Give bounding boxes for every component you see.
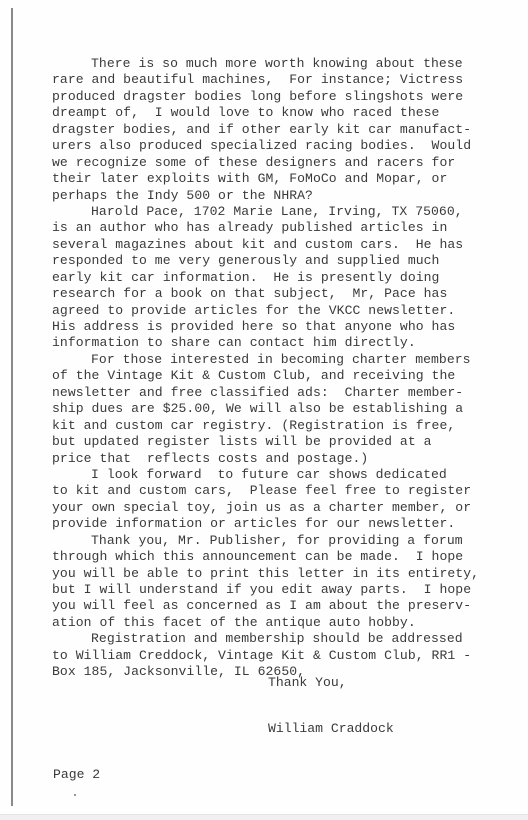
text-line: There is so much more worth knowing abou… [52,56,522,72]
paragraph: For those interested in becoming charter… [52,352,522,467]
text-line: rare and beautiful machines, For instanc… [52,72,522,88]
document-page: There is so much more worth knowing abou… [0,0,528,820]
text-line: Registration and membership should be ad… [52,631,522,647]
text-line: ship dues are $25.00, We will also be es… [52,401,522,417]
page-bottom-edge [0,814,528,820]
text-line: price that reflects costs and postage.) [52,451,522,467]
text-line: to William Creddock, Vintage Kit & Custo… [52,648,522,664]
text-line: we recognize some of these designers and… [52,155,522,171]
text-line: research for a book on that subject, Mr,… [52,286,522,302]
text-line: is an author who has already published a… [52,220,522,236]
text-line: agreed to provide articles for the VKCC … [52,303,522,319]
text-line: your own special toy, join us as a chart… [52,500,522,516]
text-line: responded to me very generously and supp… [52,253,522,269]
text-line: ation of this facet of the antique auto … [52,615,522,631]
text-line: of the Vintage Kit & Custom Club, and re… [52,368,522,384]
text-line: newsletter and free classified ads: Char… [52,385,522,401]
letter-body: There is so much more worth knowing abou… [52,56,522,681]
paragraph: Harold Pace, 1702 Marie Lane, Irving, TX… [52,204,522,352]
text-line: provide information or articles for our … [52,516,522,532]
text-line: dreampt of, I would love to know who rac… [52,105,522,121]
letter-closing: Thank You, [268,675,347,691]
text-line: Thank you, Mr. Publisher, for providing … [52,533,522,549]
text-line: but I will understand if you edit away p… [52,582,522,598]
paper-speck [74,794,76,796]
text-line: produced dragster bodies long before sli… [52,89,522,105]
text-line: kit and custom car registry. (Registrati… [52,418,522,434]
text-line: For those interested in becoming charter… [52,352,522,368]
page-number: Page 2 [53,767,100,783]
text-line: information to share can contact him dir… [52,335,522,351]
paragraph: Registration and membership should be ad… [52,631,522,680]
text-line: but updated register lists will be provi… [52,434,522,450]
text-line: His address is provided here so that any… [52,319,522,335]
text-line: I look forward to future car shows dedic… [52,467,522,483]
text-line: their later exploits with GM, FoMoCo and… [52,171,522,187]
paragraph: I look forward to future car shows dedic… [52,467,522,533]
text-line: several magazines about kit and custom c… [52,237,522,253]
paragraph: Thank you, Mr. Publisher, for providing … [52,533,522,632]
text-line: early kit car information. He is present… [52,270,522,286]
paragraph: There is so much more worth knowing abou… [52,56,522,204]
text-line: to kit and custom cars, Please feel free… [52,483,522,499]
text-line: dragster bodies, and if other early kit … [52,122,522,138]
text-line: urers also produced specialized racing b… [52,138,522,154]
text-line: you will feel as concerned as I am about… [52,598,522,614]
text-line: Harold Pace, 1702 Marie Lane, Irving, TX… [52,204,522,220]
letter-signature: William Craddock [268,721,394,737]
text-line: you will be able to print this letter in… [52,566,522,582]
margin-rule [11,8,13,806]
text-line: perhaps the Indy 500 or the NHRA? [52,188,522,204]
text-line: through which this announcement can be m… [52,549,522,565]
